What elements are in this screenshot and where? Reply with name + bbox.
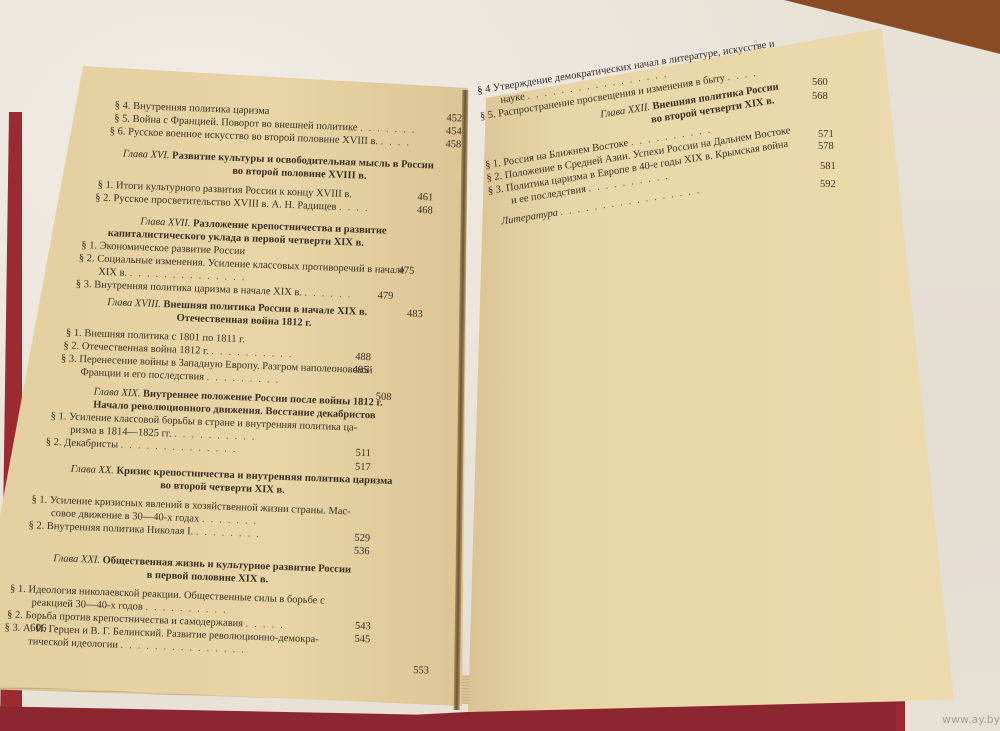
page-number: 458 <box>445 138 461 152</box>
page-number: 511 <box>355 447 371 461</box>
page-number: 454 <box>446 125 462 139</box>
page-folio: 606 <box>30 622 47 634</box>
page-number: 581 <box>820 160 836 173</box>
page-number: 568 <box>812 90 828 103</box>
page-number: 517 <box>355 461 371 475</box>
page-number: 545 <box>354 633 370 647</box>
page-number: 495 <box>353 363 369 377</box>
page-number: 488 <box>355 351 371 365</box>
page-number: 592 <box>820 178 836 191</box>
watermark: www.ay.by <box>942 713 1000 726</box>
page-number: 543 <box>355 620 371 634</box>
page-number: 560 <box>812 76 828 89</box>
page-number: 536 <box>354 545 370 559</box>
page-number: 553 <box>413 664 429 678</box>
page-number: 578 <box>818 140 834 153</box>
page-number: 475 <box>398 264 414 278</box>
page-number: 461 <box>417 191 433 205</box>
page-number: 529 <box>354 532 370 546</box>
page-number: 468 <box>417 204 433 218</box>
page-number: 483 <box>407 308 423 322</box>
left-table-of-contents: § 4. Внутренняя политика царизма § 5. Во… <box>64 98 465 664</box>
bookmark-ribbon <box>896 704 904 731</box>
page-number: 452 <box>446 112 462 126</box>
page-number: 479 <box>377 289 393 303</box>
page-number: 508 <box>375 390 391 404</box>
